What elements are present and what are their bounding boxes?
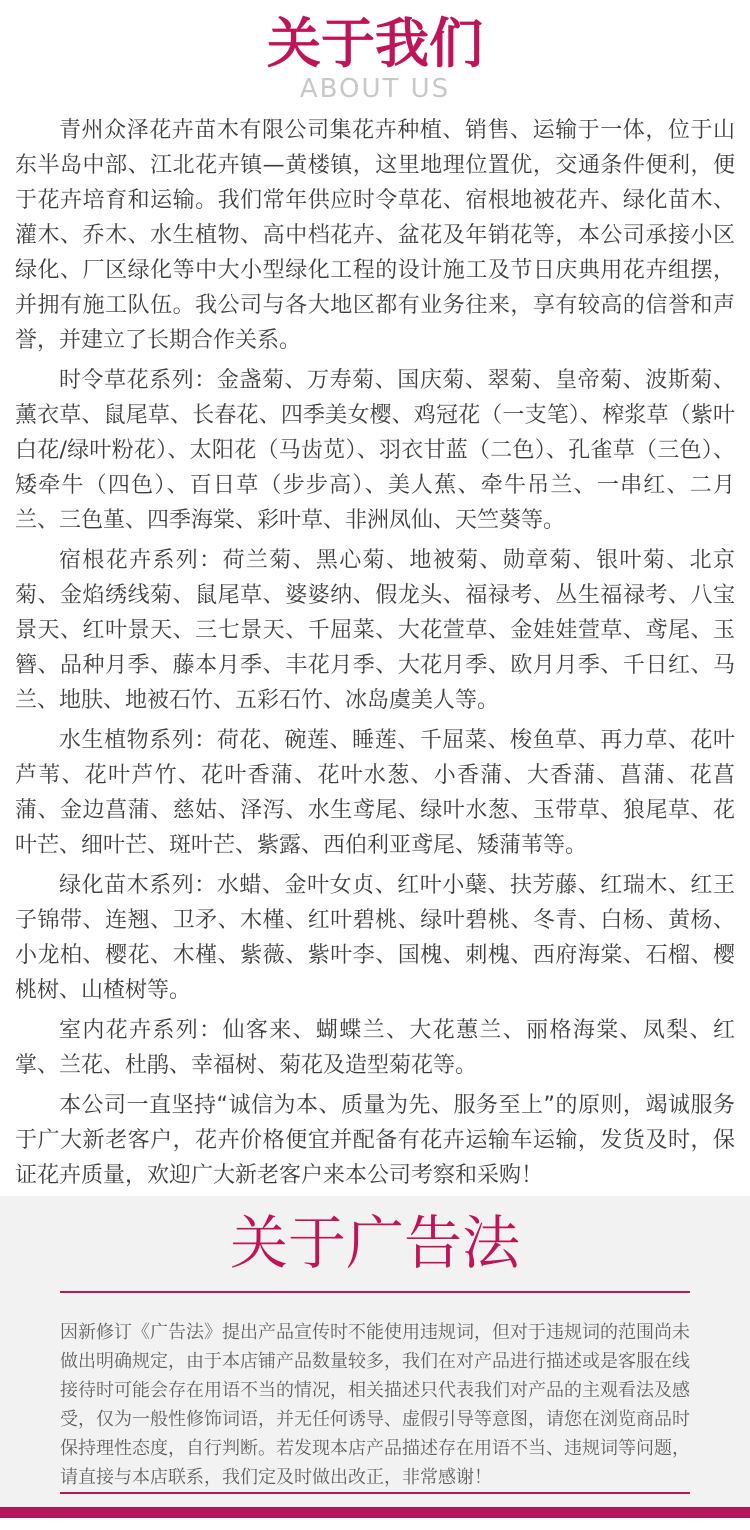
about-paragraph-greening-seedlings: 绿化苗木系列：水蜡、金叶女贞、红叶小蘖、扶芳藤、红瑞木、红王子锦带、连翘、卫矛、… <box>15 868 735 1008</box>
footer-accent-bar <box>0 1507 750 1518</box>
ad-law-section: 关于广告法 因新修订《广告法》提出产品宣传时不能使用违规词，但对于违规词的范围尚… <box>0 1196 750 1507</box>
about-body: 青州众泽花卉苗木有限公司集花卉种植、销售、运输于一体，位于山东半岛中部、江北花卉… <box>15 113 735 1193</box>
ad-law-bottom-divider <box>60 1492 690 1494</box>
ad-law-top-divider <box>60 1291 690 1293</box>
about-paragraph-aquatic-plants: 水生植物系列：荷花、碗莲、睡莲、千屈菜、梭鱼草、再力草、花叶芦苇、花叶芦竹、花叶… <box>15 723 735 863</box>
about-paragraph-service-promise: 本公司一直坚持“诚信为本、质量为先、服务至上”的原则，竭诚服务于广大新老客户，花… <box>15 1088 735 1193</box>
about-paragraph-seasonal-flowers: 时令草花系列：金盏菊、万寿菊、国庆菊、翠菊、皇帝菊、波斯菊、薰衣草、鼠尾草、长春… <box>15 363 735 538</box>
about-paragraph-perennial-flowers: 宿根花卉系列：荷兰菊、黑心菊、地被菊、勋章菊、银叶菊、北京菊、金焰绣线菊、鼠尾草… <box>15 543 735 718</box>
about-paragraph-intro: 青州众泽花卉苗木有限公司集花卉种植、销售、运输于一体，位于山东半岛中部、江北花卉… <box>15 113 735 358</box>
about-paragraph-indoor-flowers: 室内花卉系列：仙客来、蝴蝶兰、大花蕙兰、丽格海棠、凤梨、红掌、兰花、杜鹃、幸福树… <box>15 1013 735 1083</box>
about-subtitle: ABOUT US <box>15 74 735 104</box>
about-title: 关于我们 <box>15 12 735 76</box>
about-section: 关于我们 ABOUT US 青州众泽花卉苗木有限公司集花卉种植、销售、运输于一体… <box>0 0 750 1196</box>
ad-law-title: 关于广告法 <box>60 1210 690 1277</box>
ad-law-disclaimer-text: 因新修订《广告法》提出产品宣传时不能使用违规词，但对于违规词的范围尚未做出明确规… <box>60 1318 690 1492</box>
product-description-page: 关于我们 ABOUT US 青州众泽花卉苗木有限公司集花卉种植、销售、运输于一体… <box>0 0 750 1530</box>
